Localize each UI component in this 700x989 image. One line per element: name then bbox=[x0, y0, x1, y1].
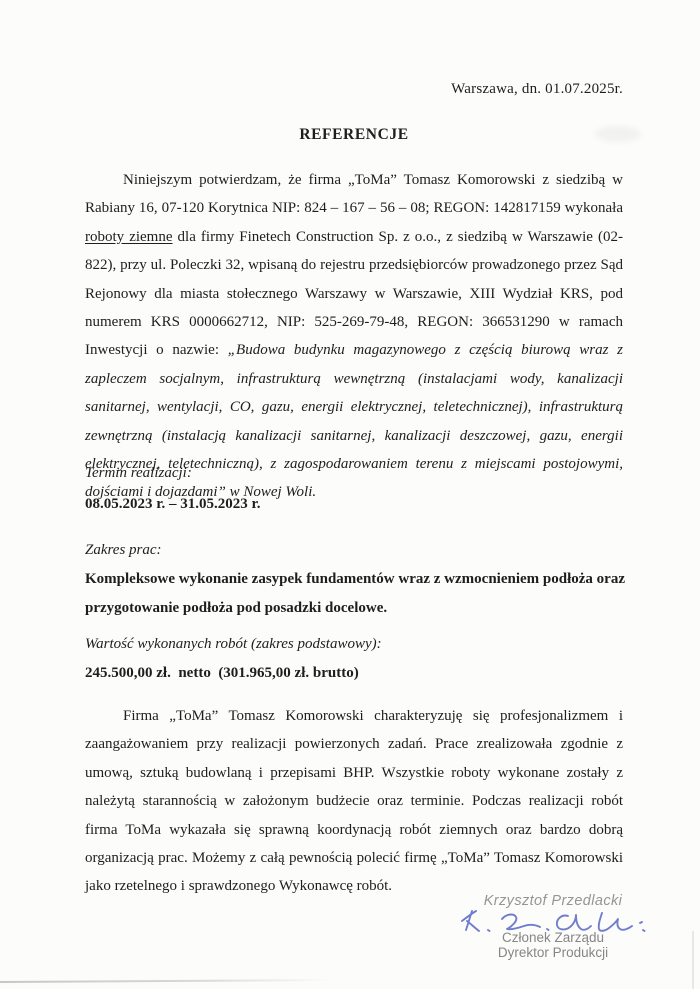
intro-paragraph: Niniejszym potwierdzam, że firma „ToMa” … bbox=[85, 166, 623, 507]
closing-paragraph: Firma „ToMa” Tomasz Komorowski charakter… bbox=[85, 702, 623, 901]
date-line: Warszawa, dn. 01.07.2025r. bbox=[451, 81, 623, 98]
signature-block: Krzysztof Przedlacki Członek Zarządu Dyr… bbox=[448, 893, 658, 959]
termin-realizacji-label: Termin realizacji: bbox=[85, 463, 623, 483]
intro-text-2: dla firmy Finetech Construction Sp. z o.… bbox=[85, 229, 623, 359]
roboty-ziemne-underlined: roboty ziemne bbox=[85, 229, 173, 245]
wartosc-robot-label: Wartość wykonanych robót (zakres podstaw… bbox=[85, 634, 623, 654]
scan-right-streak-artifact bbox=[692, 931, 694, 989]
letter-title: REFERENCJE bbox=[85, 126, 623, 144]
signer-role-1: Członek Zarządu bbox=[448, 931, 658, 945]
termin-realizacji-value: 08.05.2023 r. – 31.05.2023 r. bbox=[85, 490, 625, 519]
zakres-prac-label: Zakres prac: bbox=[85, 540, 623, 560]
scan-edge-artifact-line bbox=[0, 979, 333, 983]
intro-text-1: Niniejszym potwierdzam, że firma „ToMa” … bbox=[85, 172, 623, 216]
wartosc-robot-value: 245.500,00 zł. netto (301.965,00 zł. bru… bbox=[85, 659, 625, 688]
scanned-reference-letter: Warszawa, dn. 01.07.2025r. REFERENCJE Ni… bbox=[0, 0, 700, 989]
signer-role-2: Dyrektor Produkcji bbox=[448, 946, 658, 960]
zakres-prac-value: Kompleksowe wykonanie zasypek fundamentó… bbox=[85, 565, 625, 623]
signer-name: Krzysztof Przedlacki bbox=[448, 893, 658, 909]
